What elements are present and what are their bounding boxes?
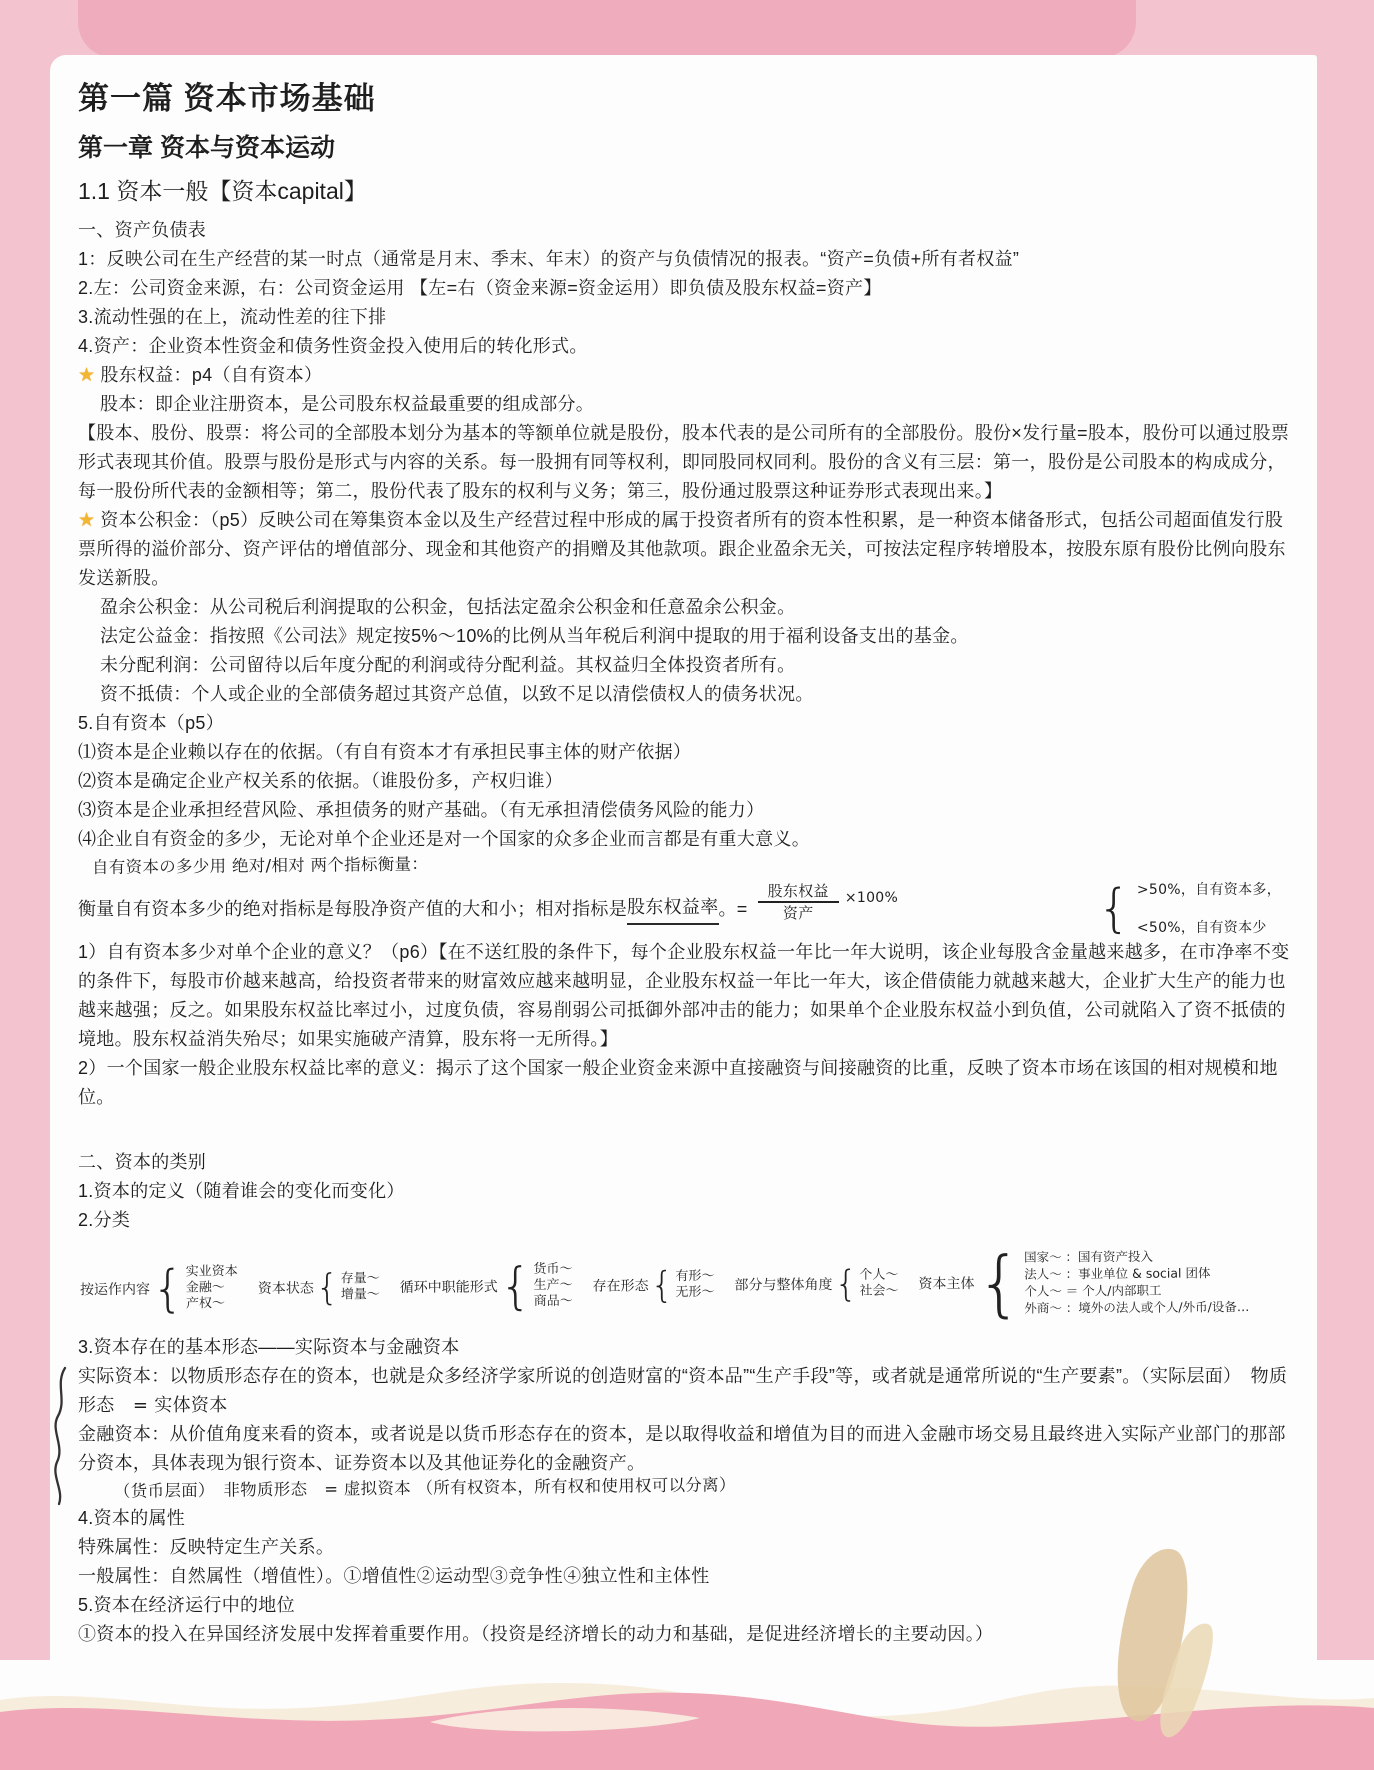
star-icon: ★ [78,510,95,531]
doc-line: 2.分类 [78,1206,1291,1235]
doc-line: 股本：即企业注册资本，是公司股东权益最重要的组成部分。 [78,390,1291,419]
doc-line: ①资本的投入在异国经济发展中发挥着重要作用。（投资是经济增长的动力和基础，是促进… [78,1620,1291,1649]
curly-brace: { [500,1257,532,1315]
doc-line: 5.资本在经济运行中的地位 [78,1591,1291,1620]
curly-brace: { [650,1265,673,1306]
formula-cases: { >50%，自有资本多， <50%，自有资本少 [1097,878,1281,940]
fraction-denominator: 资产 [783,903,814,922]
doc-line: 实际资本：以物质形态存在的资本，也就是众多经济学家所说的创造财富的“资本品”“生… [78,1362,1291,1420]
doc-line: 5.自有资本（p5） [78,709,1291,738]
underlined-term: 股东权益率 [627,893,719,925]
equity-ratio-formula: 衡量自有资本多少的绝对指标是每股净资产值的大和小；相对指标是股东权益率。= 股东… [78,880,1291,938]
doc-line: 4.资产：企业资本性资金和债务性资金投入使用后的转化形式。 [78,332,1291,361]
curly-brace: { [152,1260,184,1318]
doc-line: ⑵资本是确定企业产权关系的依据。（谁股份多，产权归谁） [78,767,1291,796]
doc-line: 2.左：公司资金来源，右：公司资金运用 【左=右（资金来源=资金运用）即负债及股… [78,274,1291,303]
doc-line: 法定公益金：指按照《公司法》规定按5%～10%的比例从当年税后利润中提取的用于福… [78,622,1291,651]
doc-line: 一、资产负债表 [78,216,1291,245]
times-100-label: ×100% [845,884,898,913]
notes-page: 第一篇 资本市场基础 第一章 资本与资本运动 1.1 资本一般【资本capita… [50,55,1317,1703]
fraction-numerator: 股东权益 [758,882,839,903]
doc-line: ⑶资本是企业承担经营风险、承担债务的财产基础。（有无承担清偿债务风险的能力） [78,796,1291,825]
classify-group: 资本状态 { 存量～ 增量～ [258,1267,380,1309]
doc-line: 2）一个国家一般企业股东权益比率的意义：揭示了这个国家一般企业资金来源中直接融资… [78,1054,1291,1112]
doc-line-starred: ★股东权益：p4（自有资本） [78,361,1291,390]
section-title: 1.1 资本一般【资本capital】 [78,173,1291,206]
doc-line: 3.资本存在的基本形态——实际资本与金融资本 [78,1333,1291,1362]
star-icon: ★ [78,365,95,386]
doc-line-text: 资本公积金：（p5）反映公司在筹集资本金以及生产经营过程中形成的属于投资者所有的… [78,510,1286,588]
top-pink-decoration [78,0,1136,58]
case-line: >50%，自有资本多， [1137,878,1281,902]
chapter-title: 第一章 资本与资本运动 [78,128,1291,164]
doc-line: 1.资本的定义（随着谁会的变化而变化） [78,1177,1291,1206]
curly-brace: { [1097,895,1130,924]
doc-line: 二、资本的类别 [78,1148,1291,1177]
doc-line: 未分配利润：公司留待以后年度分配的利润或待分配利益。其权益归全体投资者所有。 [78,651,1291,680]
classify-group: 循环中职能形式 { 货币～ 生产～ 商品～ [400,1257,573,1316]
doc-line: 特殊属性：反映特定生产关系。 [78,1533,1291,1562]
curly-brace: { [316,1267,339,1308]
curly-brace: { [834,1263,857,1304]
handwritten-fraction: 股东权益 资产 [758,882,839,922]
classification-diagram: 按运作内容 { 实业资本 金融～ 产权～ 资本状态 { 存量～ 增量～ 循环中职… [80,1239,1292,1331]
doc-line: 4.资本的属性 [78,1504,1291,1533]
case-line: <50%，自有资本少 [1137,916,1281,940]
margin-squiggle-mark [52,1366,70,1511]
notes-screenshot: 第一篇 资本市场基础 第一章 资本与资本运动 1.1 资本一般【资本capita… [0,0,1374,1770]
doc-line: 资不抵债：个人或企业的全部债务超过其资产总值，以致不足以清偿债权人的债务状况。 [78,680,1291,709]
doc-line: 1）自有资本多少对单个企业的意义？（p6）【在不送红股的条件下，每个企业股东权益… [78,938,1291,1054]
doc-line: 一般属性：自然属性（增值性）。①增值性②运动型③竞争性④独立性和主体性 [78,1562,1291,1591]
doc-line: 【股本、股份、股票：将公司的全部股本划分为基本的等额单位就是股份，股本代表的是公… [78,419,1291,506]
page-title: 第一篇 资本市场基础 [78,73,1291,118]
doc-line-text: 股东权益：p4（自有资本） [100,365,322,385]
classify-group: 部分与整体角度 { 个人～ 社会～ [734,1263,898,1305]
doc-line: 3.流动性强的在上，流动性差的往下排 [78,303,1291,332]
doc-line: 盈余公积金：从公司税后利润提取的公积金，包括法定盈余公积金和任意盈余公积金。 [78,593,1291,622]
doc-line-starred: ★资本公积金：（p5）反映公司在筹集资本金以及生产经营过程中形成的属于投资者所有… [78,506,1291,593]
formula-eq: 。= [719,895,748,924]
real-vs-financial-block: 实际资本：以物质形态存在的资本，也就是众多经济学家所说的创造财富的“资本品”“生… [78,1362,1291,1478]
classify-group: 按运作内容 { 实业资本 金融～ 产权～ [80,1259,238,1318]
curly-brace: { [976,1241,1022,1325]
classify-group: 存在形态 { 有形～ 无形～ [592,1264,714,1306]
doc-line: ⑴资本是企业赖以存在的依据。（有自有资本才有承担民事主体的财产依据） [78,738,1291,767]
formula-lead: 衡量自有资本多少的绝对指标是每股净资产值的大和小；相对指标是 [78,895,627,924]
doc-line: 1：反映公司在生产经营的某一时点（通常是月末、季末、年末）的资产与负债情况的报表… [78,245,1291,274]
classify-group: 资本主体 { 国家～ ：国有资产投入 法人～ ：事业单位 & social 团体… [918,1239,1249,1325]
